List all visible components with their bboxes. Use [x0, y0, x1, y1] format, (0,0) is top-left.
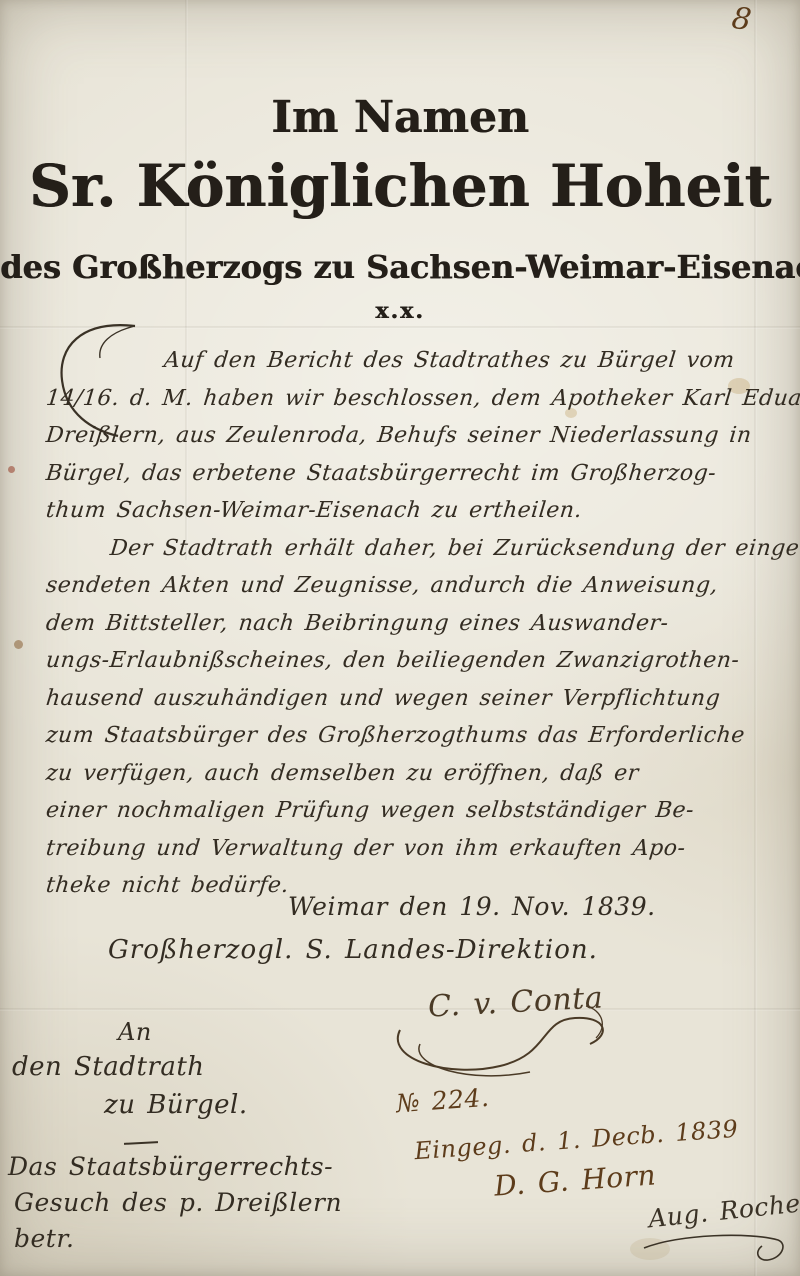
fold-crease-horizontal-lower	[0, 1008, 800, 1011]
body-line: Dreißlern, aus Zeulenroda, Behufs seiner…	[46, 417, 772, 455]
dateline: Weimar den 19. Nov. 1839.	[288, 892, 656, 921]
ink-stain-small-red	[8, 466, 15, 473]
address-divider-dash	[124, 1141, 158, 1145]
official-signature: C. v. Conta	[427, 980, 604, 1024]
heading-etc-mark: x.x.	[0, 298, 800, 324]
subject-line-2: Gesuch des p. Dreißlern	[14, 1188, 342, 1217]
body-line: 14/16. d. M. haben wir beschlossen, dem …	[46, 380, 772, 418]
registry-number: № 224.	[395, 1083, 490, 1118]
body-line: dem Bittsteller, nach Beibringung eines …	[46, 605, 772, 643]
registry-clerk-signature: D. G. Horn	[493, 1158, 657, 1202]
fold-crease-horizontal-upper	[0, 326, 800, 329]
address-line-stadtrath: den Stadtrath	[12, 1052, 205, 1082]
body-line: Bürgel, das erbetene Staatsbürgerrecht i…	[46, 455, 772, 493]
registry-received-note: Eingeg. d. 1. Decb. 1839	[413, 1115, 739, 1166]
body-line: Auf den Bericht des Stadtrathes zu Bürge…	[46, 342, 772, 380]
secondary-signature: Aug. Roche.	[647, 1188, 800, 1234]
heading-line-1: Im Namen	[0, 92, 800, 143]
body-line: ungs-Erlaubnißscheines, den beiliegenden…	[46, 642, 772, 680]
address-line-an: An	[118, 1018, 152, 1046]
body-line: thum Sachsen-Weimar-Eisenach zu ertheile…	[46, 492, 772, 530]
body-line: treibung und Verwaltung der von ihm erka…	[46, 830, 772, 868]
page-number: 8	[730, 1, 754, 38]
body-line: zu verfügen, auch demselben zu eröffnen,…	[46, 755, 772, 793]
heading-line-2: Sr. Königlichen Hoheit	[0, 152, 800, 220]
body-line: zum Staatsbürger des Großherzogthums das…	[46, 717, 772, 755]
body-line: hausend auszuhändigen und wegen seiner V…	[46, 680, 772, 718]
paper-blotch-bottom	[630, 1238, 670, 1260]
body-text: Auf den Bericht des Stadtrathes zu Bürge…	[46, 342, 772, 905]
heading-line-3: des Großherzogs zu Sachsen-Weimar-Eisena…	[0, 248, 800, 286]
issuer-line: Großherzogl. S. Landes-Direktion.	[108, 935, 598, 965]
body-line: Der Stadtrath erhält daher, bei Zurückse…	[46, 530, 772, 568]
body-line: einer nochmaligen Prüfung wegen selbstst…	[46, 792, 772, 830]
body-line: sendeten Akten und Zeugnisse, andurch di…	[46, 567, 772, 605]
ink-stain-brown	[14, 640, 23, 649]
document-page: 8 Im Namen Sr. Königlichen Hoheit des Gr…	[0, 0, 800, 1276]
address-line-buergel: zu Bürgel.	[104, 1090, 248, 1120]
subject-line-1: Das Staatsbürgerrechts-	[8, 1152, 333, 1181]
subject-line-3: betr.	[14, 1224, 75, 1253]
